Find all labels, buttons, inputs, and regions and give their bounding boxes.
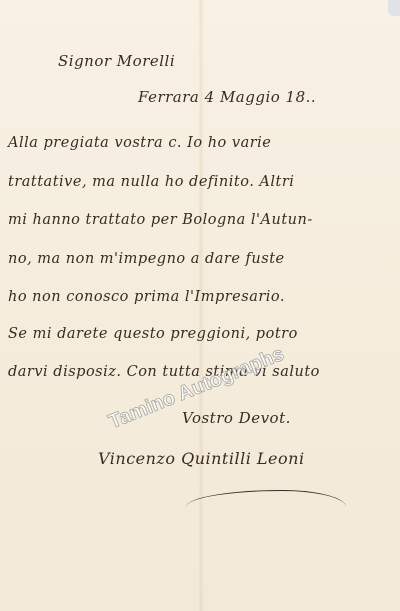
signature-flourish [186,490,346,507]
salutation: Signor Morelli [58,52,175,70]
closing: Vostro Devot. [182,409,291,427]
body-line: Alla pregiata vostra c. Io ho varie [8,135,271,151]
body-line: trattative, ma nulla ho definito. Altri [8,174,294,190]
signature: Vincenzo Quintilli Leoni [98,449,305,468]
body-line: Se mi darete questo preggioni, potro [8,326,298,342]
page-corner [388,0,400,16]
body-line: mi hanno trattato per Bologna l'Autun- [8,212,313,228]
body-line: no, ma non m'impegno a dare fuste [8,251,285,267]
body-line: ho non conosco prima l'Impresario. [8,289,285,305]
letter-page: Signor Morelli Ferrara 4 Maggio 18.. All… [0,0,400,611]
dateline: Ferrara 4 Maggio 18.. [138,88,316,106]
